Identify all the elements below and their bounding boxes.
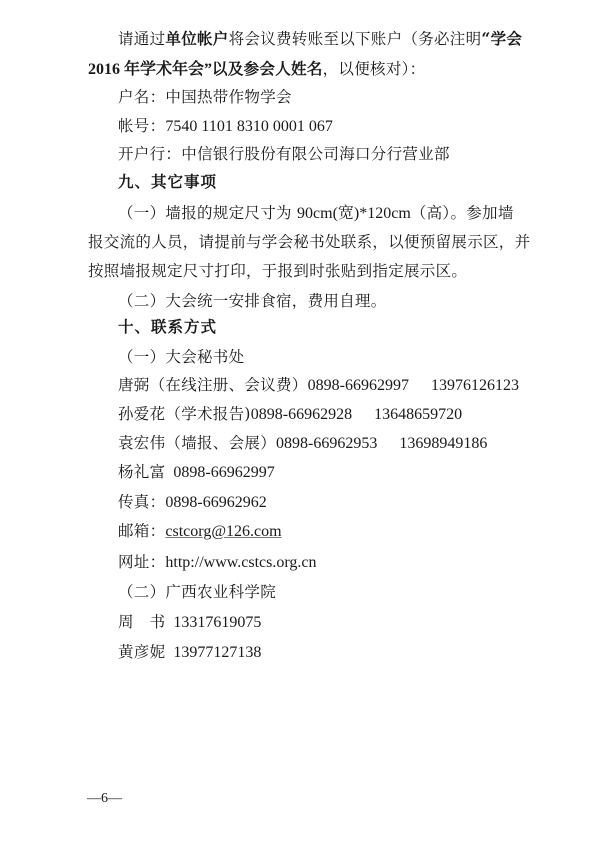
bank-line: 开户行：中信银行股份有限公司海口分行营业部 xyxy=(118,144,450,164)
payment-intro-line1: 请通过单位帐户将会议费转账至以下账户（务必注明“学会 xyxy=(118,29,522,49)
account-number-value: 7540 1101 8310 0001 067 xyxy=(165,118,332,135)
section-nine-heading: 九、其它事项 xyxy=(118,172,217,192)
contact-mobile: 13976126123 xyxy=(431,377,519,394)
section-ten-heading: 十、联系方式 xyxy=(118,317,217,337)
section-nine-item1-line3: 按照墙报规定尺寸打印，于报到时张贴到指定展示区。 xyxy=(88,261,467,281)
account-name-value: 中国热带作物学会 xyxy=(165,88,291,106)
intro-bold-meeting-name: 2016 年学术年会” xyxy=(88,61,212,78)
intro-bold-account-type: 单位帐户 xyxy=(165,29,228,48)
intro-bold-quote: “学会 xyxy=(481,29,522,48)
website-url: http://www.cstcs.org.cn xyxy=(165,554,316,571)
section-nine-item1-line1: （一）墙报的规定尺寸为 90cm(宽)*120cm（高）。参加墙 xyxy=(118,203,514,224)
item1-text: （一）墙报的规定尺寸为 xyxy=(118,204,297,222)
intro-text-mid: 将会议费转账至以下账户（务必注明 xyxy=(229,30,482,48)
website-line: 网址：http://www.cstcs.org.cn xyxy=(118,552,317,573)
contact-name: 黄彦妮 xyxy=(118,643,165,661)
account-name-label: 户名： xyxy=(118,88,165,106)
section-nine-item2: （二）大会统一安排食宿，费用自理。 xyxy=(118,291,387,311)
contact-name: 周 书 xyxy=(118,613,165,631)
document-page: 请通过单位帐户将会议费转账至以下账户（务必注明“学会 2016 年学术年会”以及… xyxy=(0,0,600,849)
contact-name: 唐弼（在线注册、会议费） xyxy=(118,376,308,394)
contact-row: 袁宏伟（墙报、会展）0898-6696295313698949186 xyxy=(118,433,487,454)
item1-text-post: （高）。参加墙 xyxy=(411,204,514,222)
contact-name: 袁宏伟（墙报、会展） xyxy=(118,434,276,452)
bank-value: 中信银行股份有限公司海口分行营业部 xyxy=(181,145,450,163)
contact-phone: 0898-66962997 xyxy=(173,464,274,481)
contact-row: 孙爱花（学术报告)0898-6696292813648659720 xyxy=(118,404,462,425)
contact-name: 杨礼富 xyxy=(118,463,165,481)
email-link[interactable]: cstcorg@126.com xyxy=(165,523,281,540)
contact-mobile: 13977127138 xyxy=(173,644,261,661)
email-label: 邮箱： xyxy=(118,522,165,540)
intro-tail: ，以便核对）： xyxy=(323,60,426,78)
contact-phone: 0898-66962953 xyxy=(276,435,377,452)
email-line: 邮箱：cstcorg@126.com xyxy=(118,521,282,542)
account-number-line: 帐号：7540 1101 8310 0001 067 xyxy=(118,116,333,137)
contact-phone: 0898-66962928 xyxy=(251,406,352,423)
contact-name: 孙爱花（学术报告) xyxy=(118,405,251,423)
secretariat-heading: （一）大会秘书处 xyxy=(118,347,244,367)
fax-label: 传真： xyxy=(118,493,165,511)
contact-mobile: 13317619075 xyxy=(173,614,261,631)
intro-bold-attendee-name: 以及参会人姓名 xyxy=(212,59,323,78)
intro-text: 请通过 xyxy=(118,30,165,48)
contact-row: 唐弼（在线注册、会议费）0898-6696299713976126123 xyxy=(118,375,519,396)
guangxi-contact-row: 黄彦妮13977127138 xyxy=(118,642,261,663)
contact-mobile: 13698949186 xyxy=(399,435,487,452)
poster-size: 90cm(宽)*120cm xyxy=(297,205,411,222)
website-label: 网址： xyxy=(118,553,165,571)
section-nine-item1-line2: 报交流的人员，请提前与学会秘书处联系，以便预留展示区，并 xyxy=(88,232,530,252)
contact-row: 杨礼富0898-66962997 xyxy=(118,462,275,483)
payment-intro-line2: 2016 年学术年会”以及参会人姓名，以便核对）： xyxy=(88,59,425,80)
page-number: —6— xyxy=(87,791,122,807)
guangxi-contact-row: 周 书13317619075 xyxy=(118,612,261,633)
account-name-line: 户名：中国热带作物学会 xyxy=(118,87,292,107)
fax-value: 0898-66962962 xyxy=(165,494,266,511)
contact-phone: 0898-66962997 xyxy=(308,377,409,394)
guangxi-heading: （二）广西农业科学院 xyxy=(118,582,276,602)
contact-mobile: 13648659720 xyxy=(374,406,462,423)
account-number-label: 帐号： xyxy=(118,117,165,135)
fax-line: 传真：0898-66962962 xyxy=(118,492,267,513)
bank-label: 开户行： xyxy=(118,145,181,163)
